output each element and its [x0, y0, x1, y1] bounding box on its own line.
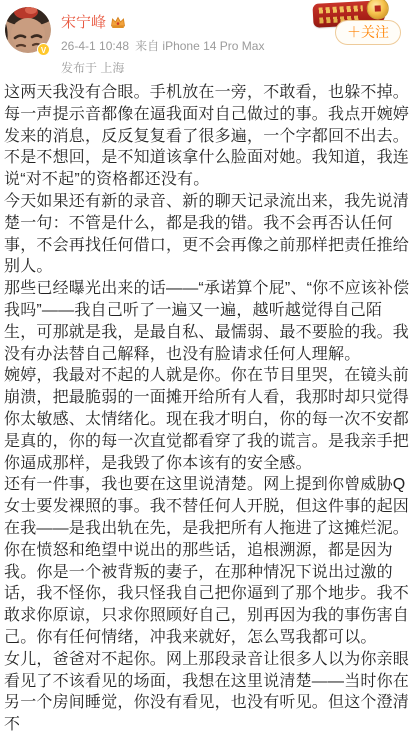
post-meta: 26-4-1 10:48来自 iPhone 14 Pro Max: [61, 37, 264, 54]
weibo-post-page: V 宋宁峰 26-4-1 10:48来自 iPhone 14 Pro Max 发…: [0, 0, 414, 732]
avatar[interactable]: V: [5, 7, 51, 53]
header-info: 宋宁峰 26-4-1 10:48来自 iPhone 14 Pro Max 发布于…: [61, 7, 264, 76]
post-location[interactable]: 发布于 上海: [61, 59, 264, 76]
post-body: 这两天我没有合眼。手机放在一旁，不敢看，也躲不掉。每一声提示音都像在逼我面对自己…: [0, 80, 414, 732]
verified-badge-icon: V: [37, 43, 50, 56]
post-paragraph: 还有一件事，我也要在这里说清楚。网上提到你曾威胁Q女士要发裸照的事。我不替任何人…: [4, 474, 410, 648]
post-paragraph: 这两天我没有合眼。手机放在一旁，不敢看，也躲不掉。每一声提示音都像在逼我面对自己…: [4, 82, 410, 191]
username[interactable]: 宋宁峰: [61, 11, 106, 32]
timestamp: 26-4-1 10:48: [61, 39, 129, 53]
membership-crown-icon: [110, 15, 126, 29]
gold-coin-icon: [366, 0, 389, 20]
post-source[interactable]: 来自 iPhone 14 Pro Max: [135, 39, 264, 53]
post-paragraph: 婉婷，我最对不起的人就是你。你在节目里哭，在镜头前崩溃，把最脆弱的一面摊开给所有…: [4, 365, 410, 474]
follow-button[interactable]: ＋关注: [335, 20, 401, 45]
post-paragraph: 女儿，爸爸对不起你。网上那段录音让很多人以为你亲眼看见了不该看见的场面，我想在这…: [4, 649, 410, 732]
post-paragraph: 那些已经曝光出来的话——“承诺算个屁”、“你不应该补偿我吗”——我自己听了一遍又…: [4, 278, 410, 365]
post-header: V 宋宁峰 26-4-1 10:48来自 iPhone 14 Pro Max 发…: [0, 0, 414, 80]
post-paragraph: 今天如果还有新的录音、新的聊天记录流出来，我先说清楚一句：不管是什么，都是我的错…: [4, 191, 410, 278]
